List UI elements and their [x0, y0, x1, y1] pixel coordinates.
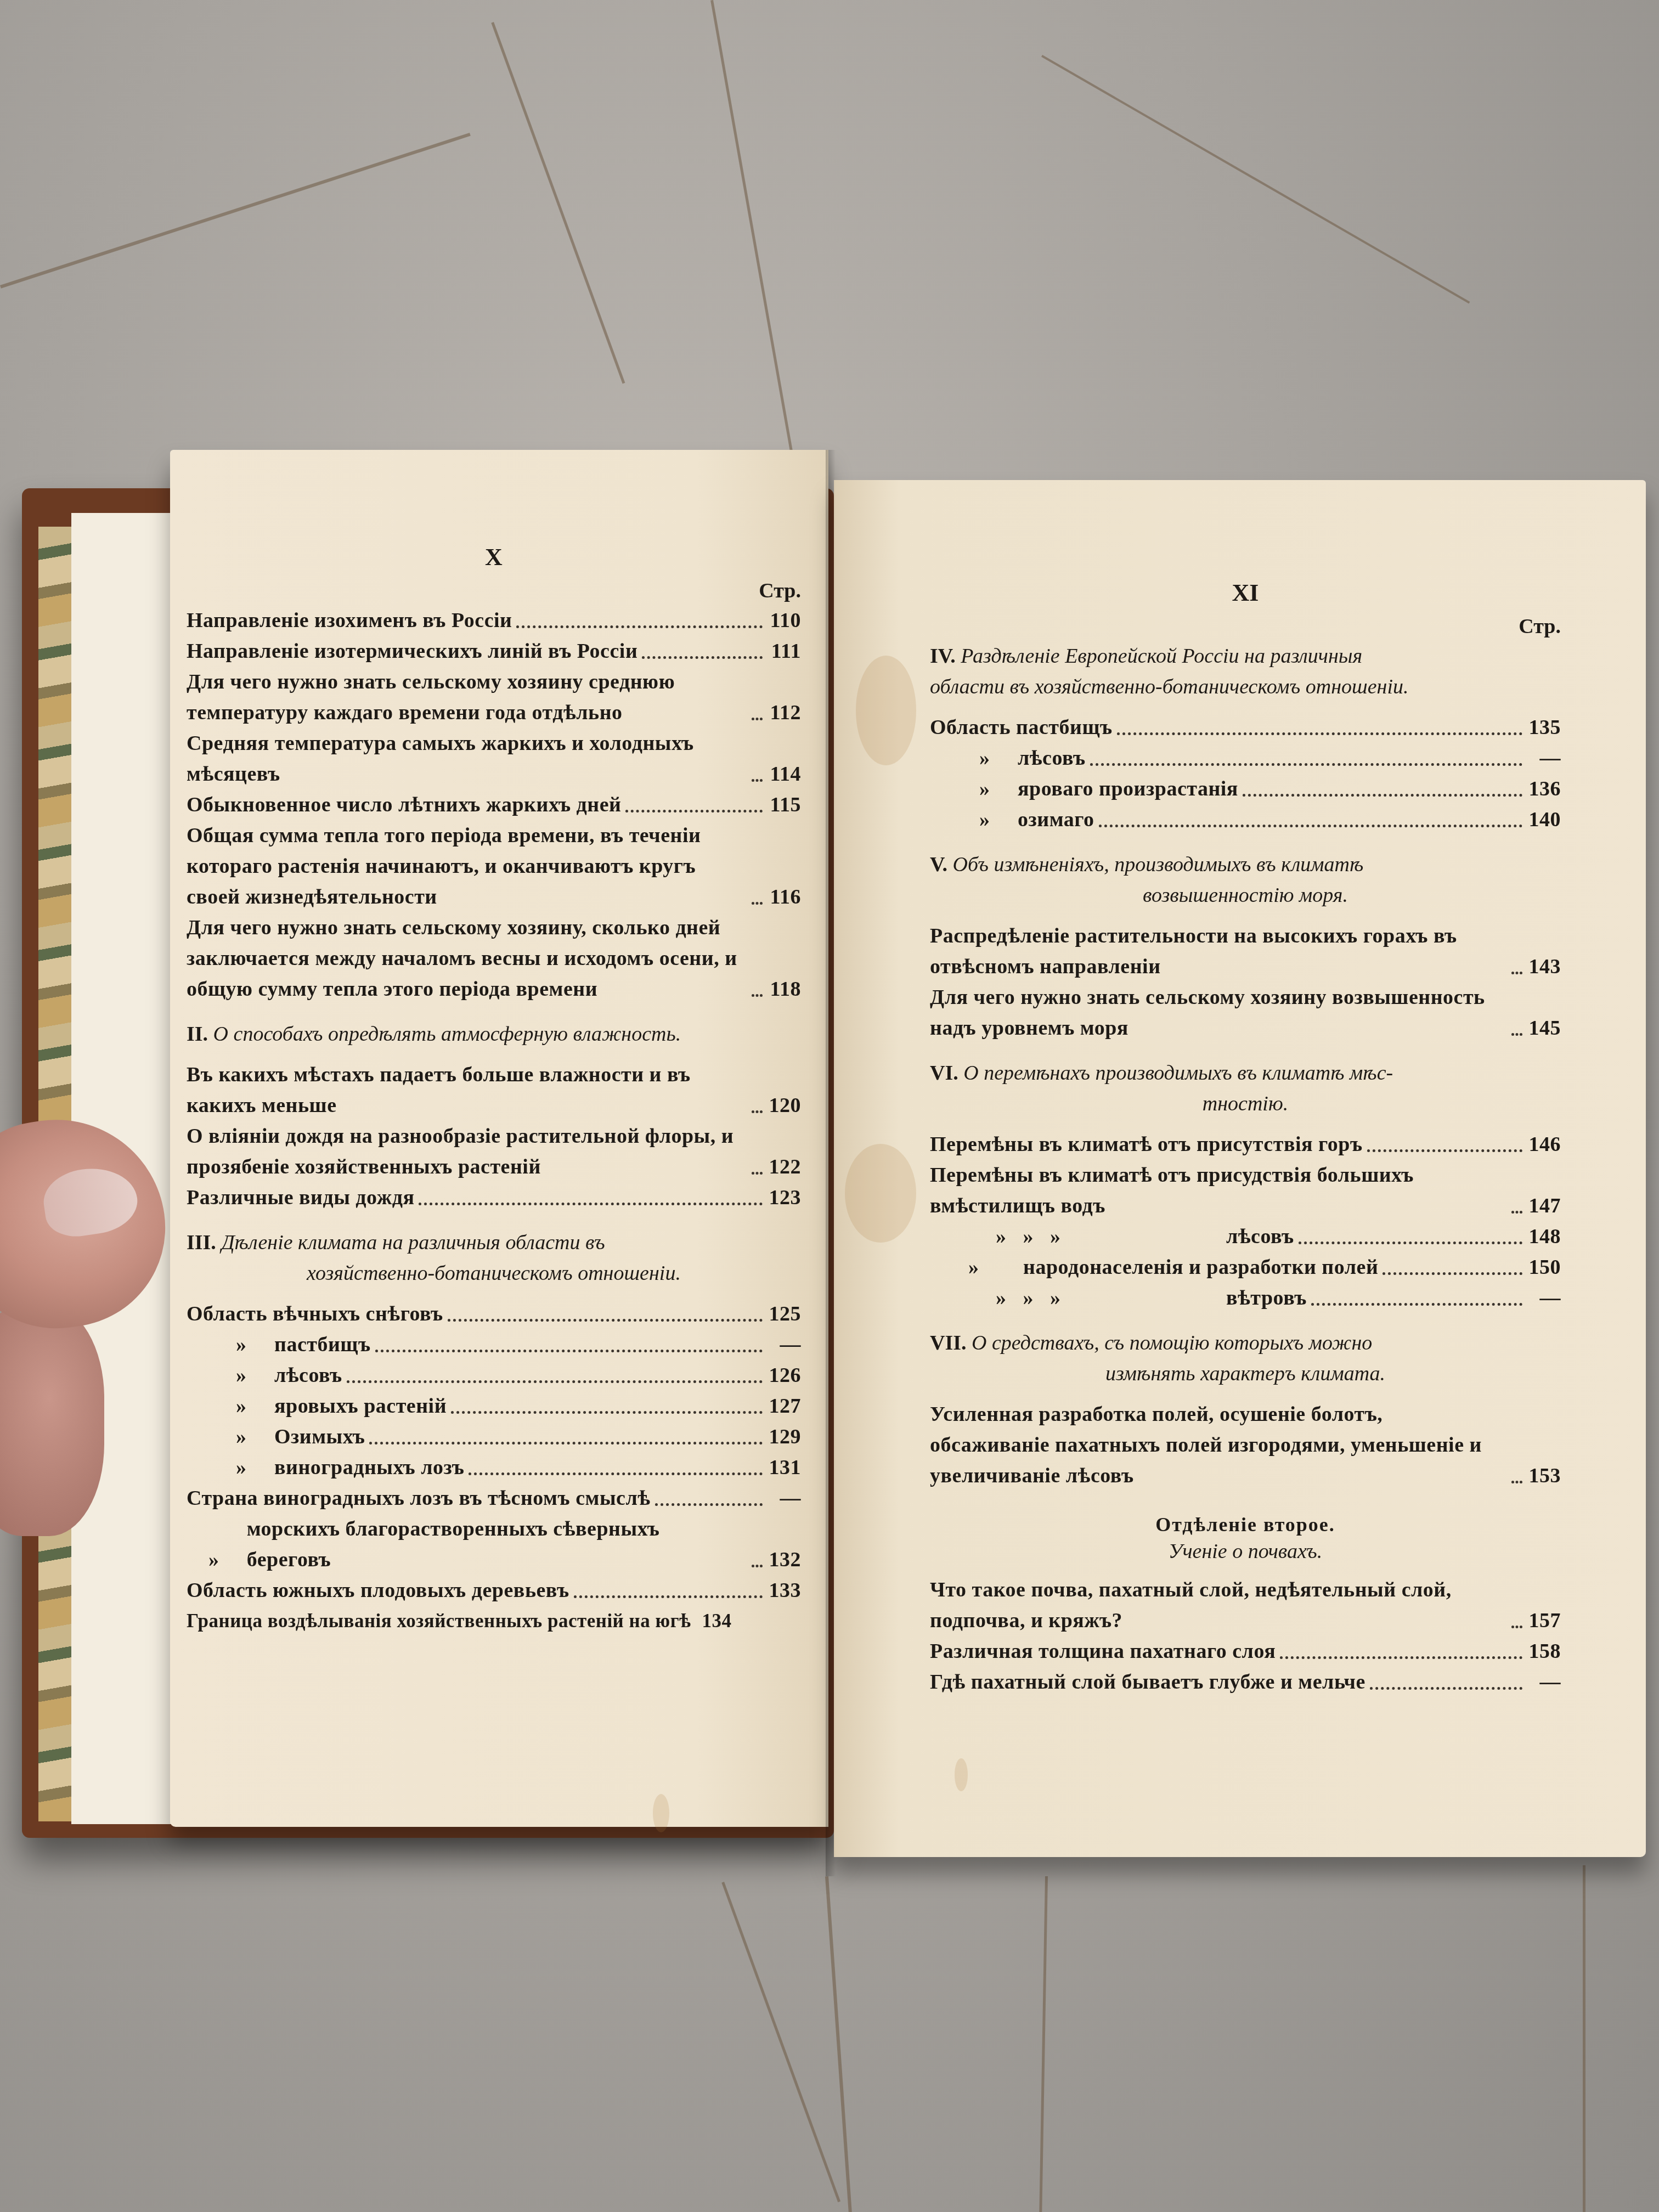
toc-entry: »яровыхъ растеній127 [187, 1391, 801, 1421]
toc-entry: Направленіе изохименъ въ Россіи110 [187, 605, 801, 636]
page-number: 131 [767, 1452, 801, 1483]
toc-entry: »озимаго140 [930, 804, 1561, 835]
toc-left: X Стр. Направленіе изохименъ въ Россіи11… [187, 543, 801, 1637]
toc-entry: Направленіе изотермическихъ линій въ Рос… [187, 636, 801, 667]
page-number: 153 [1527, 1460, 1561, 1491]
left-page: X Стр. Направленіе изохименъ въ Россіи11… [170, 450, 828, 1827]
page-number: 120 [767, 1090, 801, 1121]
section-heading-5: V. Объ измѣненіяхъ, производимыхъ въ кли… [930, 849, 1561, 911]
page-number: 116 [767, 882, 801, 912]
page-column-label: Стр. [187, 579, 801, 603]
page-number: 132 [767, 1544, 801, 1575]
page-number: — [1527, 1283, 1561, 1313]
division-subheading: Ученіе о почвахъ. [930, 1539, 1561, 1564]
page-number: 115 [767, 789, 801, 820]
page-number: 146 [1527, 1129, 1561, 1160]
toc-entry: Что такое почва, пахатный слой, недѣятел… [930, 1575, 1561, 1636]
toc-entry: Обыкновенное число лѣтнихъ жаркихъ дней1… [187, 789, 801, 820]
water-stain [845, 1144, 916, 1243]
page-number: 150 [1527, 1252, 1561, 1283]
page-number: 134 [698, 1606, 732, 1637]
page-number: 135 [1527, 712, 1561, 743]
toc-entry: »яроваго произрастанія136 [930, 774, 1561, 804]
marble-vein [1039, 1876, 1048, 2212]
page-number: 157 [1527, 1605, 1561, 1636]
marble-vein [491, 22, 625, 383]
division-heading: Отдѣленіе второе. [930, 1513, 1561, 1536]
toc-entry: Въ какихъ мѣстахъ падаетъ больше влажнос… [187, 1059, 801, 1121]
page-number: — [767, 1329, 801, 1360]
page-column-label: Стр. [930, 614, 1561, 639]
toc-entry: »Озимыхъ129 [187, 1421, 801, 1452]
page-number: 111 [767, 636, 801, 667]
marble-vein [1041, 55, 1470, 303]
page-number: 158 [1527, 1636, 1561, 1667]
page-number: 133 [767, 1575, 801, 1606]
toc-entry: Перемѣны въ климатѣ отъ присудствія боль… [930, 1160, 1561, 1221]
section-heading-6: VI. О перемѣнахъ производимыхъ въ климат… [930, 1058, 1561, 1119]
toc-entry: Область вѣчныхъ снѣговъ125 [187, 1299, 801, 1329]
marble-vein [710, 0, 799, 487]
toc-entry: » » »лѣсовъ148 [930, 1221, 1561, 1252]
toc-entry: »виноградныхъ лозъ131 [187, 1452, 801, 1483]
foxing-stain [955, 1758, 968, 1791]
hand-finger [0, 1306, 104, 1536]
toc-entry: Различная толщина пахатнаго слоя158 [930, 1636, 1561, 1667]
right-page: XI Стр. IV. Раздѣленіе Европейской Россі… [834, 480, 1646, 1857]
toc-entry: »пастбищъ— [187, 1329, 801, 1360]
toc-entry: Граница воздѣлыванія хозяйственныхъ раст… [187, 1606, 801, 1637]
page-number: 123 [767, 1182, 801, 1213]
page-number: — [767, 1483, 801, 1514]
toc-entry: Гдѣ пахатный слой бываетъ глубже и мельч… [930, 1667, 1561, 1697]
toc-entry: Различные виды дождя123 [187, 1182, 801, 1213]
water-stain [856, 656, 916, 765]
section-heading-2: II. О способахъ опредѣлять атмосферную в… [187, 1019, 801, 1049]
toc-entry: »лѣсовъ126 [187, 1360, 801, 1391]
marble-vein [1583, 1865, 1585, 2212]
page-number: 143 [1527, 951, 1561, 982]
page-number: 125 [767, 1299, 801, 1329]
section-heading-7: VII. О средствахъ, съ помощію которыхъ м… [930, 1328, 1561, 1389]
page-number: 136 [1527, 774, 1561, 804]
toc-entry: Общая сумма тепла того періода времени, … [187, 820, 801, 912]
marble-vein [0, 133, 471, 289]
toc-entry: Для чего нужно знать сельскому хозяину в… [930, 982, 1561, 1043]
page-number: 140 [1527, 804, 1561, 835]
page-folio: XI [930, 579, 1561, 607]
toc-entry: »морскихъ благорастворенныхъ сѣверныхъ б… [187, 1514, 801, 1575]
toc-entry: »народонаселенія и разработки полей150 [930, 1252, 1561, 1283]
marble-vein [721, 1882, 840, 2202]
toc-entry: О вліяніи дождя на разнообразіе растител… [187, 1121, 801, 1182]
toc-entry: Для чего нужно знать сельскому хозяину, … [187, 912, 801, 1005]
page-number: 129 [767, 1421, 801, 1452]
marble-vein [825, 1876, 852, 2212]
toc-entry: Область южныхъ плодовыхъ деревьевъ133 [187, 1575, 801, 1606]
section-heading-4: IV. Раздѣленіе Европейской Россіи на раз… [930, 641, 1561, 702]
toc-right: XI Стр. IV. Раздѣленіе Европейской Россі… [930, 579, 1561, 1697]
page-number: 126 [767, 1360, 801, 1391]
book-gutter [826, 450, 836, 1876]
page-number: — [1527, 1667, 1561, 1697]
toc-entry: Средняя температура самыхъ жаркихъ и хол… [187, 728, 801, 789]
section-heading-3: III. Дѣленіе климата на различныя област… [187, 1227, 801, 1289]
toc-entry: Область пастбищъ135 [930, 712, 1561, 743]
page-number: 127 [767, 1391, 801, 1421]
toc-entry: Усиленная разработка полей, осушеніе бол… [930, 1399, 1561, 1491]
page-number: 110 [767, 605, 801, 636]
page-number: 122 [767, 1152, 801, 1182]
page-folio: X [187, 543, 801, 571]
toc-entry: Перемѣны въ климатѣ отъ присутствія горъ… [930, 1129, 1561, 1160]
page-number: — [1527, 743, 1561, 774]
toc-entry: Страна виноградныхъ лозъ въ тѣсномъ смыс… [187, 1483, 801, 1514]
page-number: 118 [767, 974, 801, 1005]
page-number: 112 [767, 697, 801, 728]
foxing-stain [653, 1794, 669, 1832]
page-number: 148 [1527, 1221, 1561, 1252]
toc-entry: Распредѣленіе растительности на высокихъ… [930, 921, 1561, 982]
page-number: 147 [1527, 1190, 1561, 1221]
page-number: 114 [767, 759, 801, 789]
page-number: 145 [1527, 1013, 1561, 1043]
toc-entry: Для чего нужно знать сельскому хозяину с… [187, 667, 801, 728]
toc-entry: »лѣсовъ— [930, 743, 1561, 774]
toc-entry: » » »вѣтровъ— [930, 1283, 1561, 1313]
